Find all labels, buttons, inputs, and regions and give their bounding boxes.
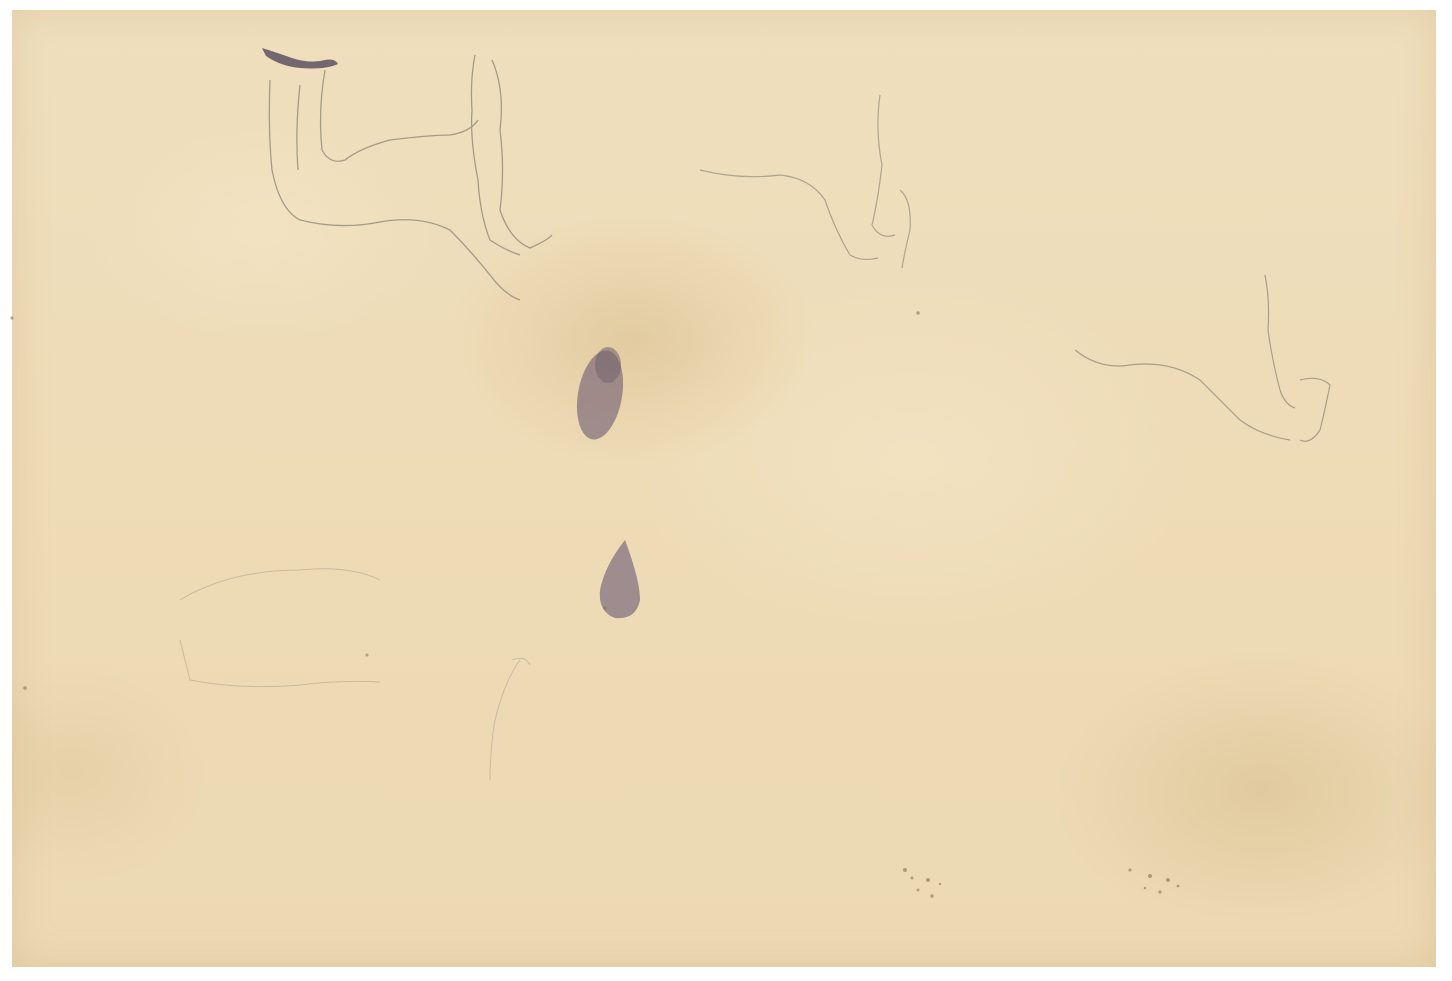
- purple-stain-upper: [571, 347, 630, 443]
- purple-stain-lower: [600, 540, 640, 618]
- ink-smudge-top: [262, 48, 338, 69]
- cow-sketch-left: [269, 55, 552, 300]
- faint-animal-sketch: [180, 569, 530, 780]
- cow-sketch-right: [1075, 275, 1330, 441]
- pencil-sketches: [0, 0, 1452, 981]
- cow-sketch-center: [700, 95, 910, 268]
